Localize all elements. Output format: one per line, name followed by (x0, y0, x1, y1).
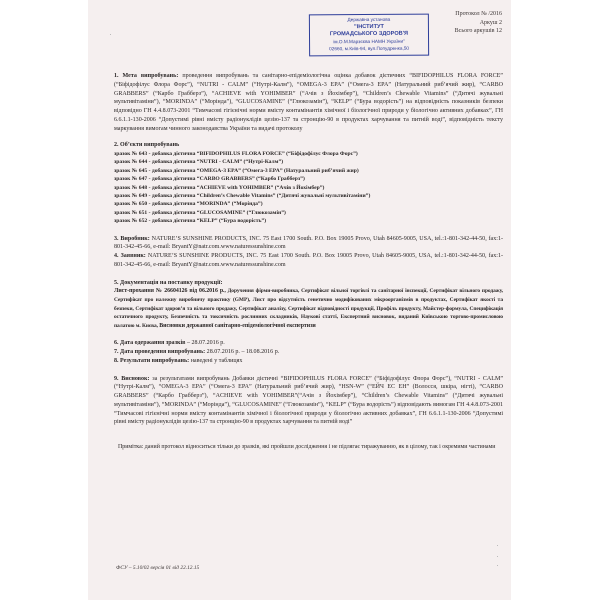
scan-speck (110, 34, 111, 35)
section-objects: 2. Об’єкти випробувань зразок № 643 - до… (114, 141, 503, 225)
section-conclusion: 9. Висновок: за результатами випробувань… (114, 375, 503, 428)
request-letter: Лист-прохання № 26604126 від 06.2016 р. (114, 288, 224, 294)
list-item: зразок № 643 - добавка дієтична “BIFIDOP… (114, 150, 503, 158)
section-label: 1. Мета випробувань: (114, 73, 178, 79)
list-item: зразок № 650 - добавка дієтична “MORINDA… (114, 200, 503, 208)
documentation-tail: Висновки державної санітарно-епідеміолог… (159, 323, 315, 329)
institution-stamp: Державна установа "ІНСТИТУТ ГРОМАДСЬКОГО… (309, 14, 429, 57)
section-text: 28.07.2016 р. – 18.08.2016 р. (205, 349, 279, 355)
scan-speck (497, 565, 498, 566)
list-item: зразок № 644 - добавка дієтична “NUTRI -… (114, 158, 503, 166)
list-item: зразок № 647 - добавка дієтична “CARBO G… (114, 175, 503, 183)
stamp-line-5: 02660, м.Київ-94, вул.Попудренка,50 (310, 44, 428, 52)
section-label: 4. Заявник: (114, 253, 146, 259)
section-text: – 28.07.2016 р. (185, 340, 224, 346)
section-text: NATURE’S SUNSHINE PRODUCTS, INC. 75 East… (114, 253, 503, 268)
documentation-list: Лист-прохання № 26604126 від 06.2016 р.,… (114, 287, 503, 330)
section-label: 7. Дата проведення випробувань: (114, 349, 205, 355)
list-item: зразок № 651 - добавка дієтична “GLUCOSA… (114, 209, 503, 217)
scan-speck (497, 545, 498, 546)
section-label: 8. Результати випробувань: (114, 358, 189, 364)
list-item: зразок № 648 - добавка дієтична “ACHIEVE… (114, 184, 503, 192)
section-text: проведення випробувань та санітарно-епід… (114, 73, 503, 132)
total-sheets: Всього аркушів 12 (436, 27, 502, 36)
sample-list: зразок № 643 - добавка дієтична “BIFIDOP… (114, 150, 503, 226)
section-purpose: 1. Мета випробувань: проведення випробув… (114, 72, 503, 133)
list-item: зразок № 652 - добавка дієтична “KELP” (… (114, 217, 503, 225)
sheet-number: Аркуш 2 (436, 19, 502, 28)
section-label: 2. Об’єкти випробувань (114, 141, 503, 150)
section-label: 3. Виробник: (114, 236, 150, 242)
scan-speck (497, 556, 498, 557)
list-item: зразок № 645 - добавка дієтична “OMEGA-3… (114, 167, 503, 175)
section-label: 9. Висновок: (114, 376, 150, 382)
section-text: NATURE’S SUNSHINE PRODUCTS, INC. 75 East… (114, 236, 503, 251)
section-applicant: 4. Заявник: NATURE’S SUNSHINE PRODUCTS, … (114, 252, 503, 270)
section-test-dates: 7. Дата проведення випробувань: 28.07.20… (114, 348, 503, 357)
section-text: наведені у таблицях (189, 358, 242, 364)
note-text: Примітка: даний протокол відноситься тіл… (114, 443, 503, 452)
section-documentation: 5. Документація на поставку продукції: Л… (114, 279, 503, 331)
protocol-number: Протокол № /2016 (436, 10, 502, 19)
form-footer: ФСУ – 5.10/02 версія 01 від 22.12.15 (116, 565, 199, 571)
protocol-header: Протокол № /2016 Аркуш 2 Всього аркушів … (436, 10, 502, 36)
list-item: зразок № 649 - добавка дієтична “Childre… (114, 192, 503, 200)
section-results: 8. Результати випробувань: наведені у та… (114, 357, 503, 366)
section-text: за результатами випробувань Добавки дієт… (114, 376, 503, 426)
section-label: 6. Дата одержання зразків (114, 340, 185, 346)
section-receipt-date: 6. Дата одержання зразків – 28.07.2016 р… (114, 339, 503, 348)
section-manufacturer: 3. Виробник: NATURE’S SUNSHINE PRODUCTS,… (114, 235, 503, 253)
document-body: 1. Мета випробувань: проведення випробув… (114, 72, 503, 458)
section-label: 5. Документація на поставку продукції: (114, 279, 503, 288)
